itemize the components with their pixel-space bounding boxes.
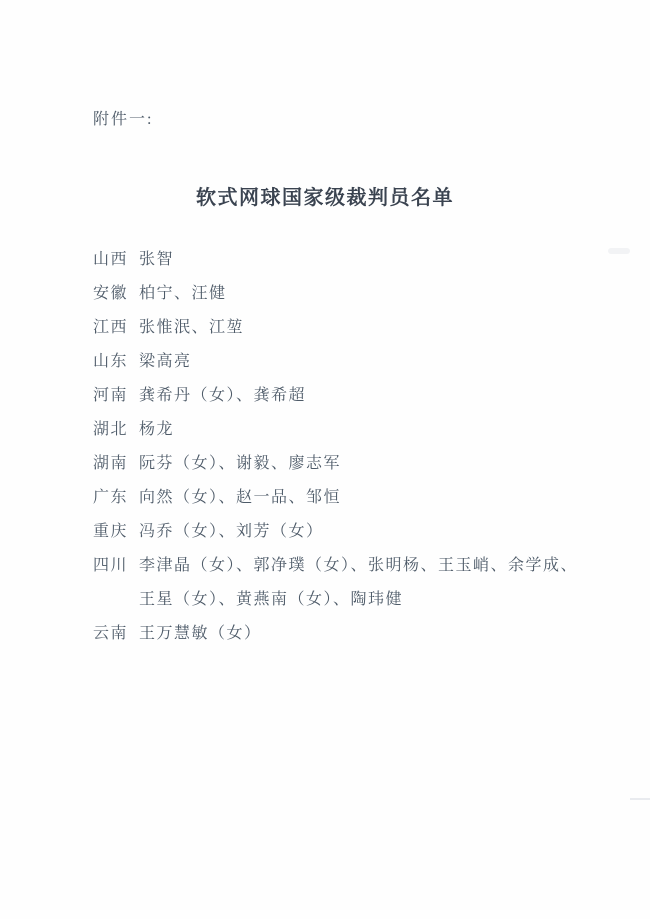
roster-row-guangdong: 广东 向然（女）、赵一品、邹恒	[93, 488, 620, 508]
roster-row-anhui: 安徽 柏宁、汪健	[93, 284, 620, 304]
roster-row-sichuan: 四川 李津晶（女）、郭净璞（女）、张明杨、王玉峭、余学成、 王星（女）、黄燕南（…	[93, 556, 620, 610]
scan-line-artifact	[630, 798, 650, 800]
attachment-label: 附件一:	[93, 110, 153, 130]
referee-roster-list: 山西 张智 安徽 柏宁、汪健 江西 张惟泯、江堃 山东 梁高亮 河南 龚希丹（女…	[93, 250, 620, 658]
roster-row-hunan: 湖南 阮芬（女）、谢毅、廖志军	[93, 454, 620, 474]
province-label: 湖南	[93, 454, 128, 474]
referee-names-continued: 王星（女）、黄燕南（女）、陶玮健	[139, 590, 578, 610]
referee-names: 柏宁、汪健	[139, 284, 227, 304]
province-label: 重庆	[93, 522, 128, 542]
referee-names: 张智	[139, 250, 174, 270]
referee-names: 阮芬（女）、谢毅、廖志军	[139, 454, 341, 474]
province-label: 山东	[93, 352, 128, 372]
referee-names: 王万慧敏（女）	[139, 624, 262, 644]
province-label: 江西	[93, 318, 128, 338]
province-label: 四川	[93, 556, 128, 576]
province-label: 湖北	[93, 420, 128, 440]
referee-names: 冯乔（女）、刘芳（女）	[139, 522, 324, 542]
province-label: 河南	[93, 386, 128, 406]
referee-names: 向然（女）、赵一品、邹恒	[139, 488, 341, 508]
roster-row-jiangxi: 江西 张惟泯、江堃	[93, 318, 620, 338]
roster-row-shandong: 山东 梁高亮	[93, 352, 620, 372]
scanned-document-page: 附件一: 软式网球国家级裁判员名单 山西 张智 安徽 柏宁、汪健 江西 张惟泯、…	[0, 0, 650, 919]
roster-row-yunnan: 云南 王万慧敏（女）	[93, 624, 620, 644]
roster-row-chongqing: 重庆 冯乔（女）、刘芳（女）	[93, 522, 620, 542]
province-label: 广东	[93, 488, 128, 508]
province-label: 安徽	[93, 284, 128, 304]
province-label: 山西	[93, 250, 128, 270]
roster-row-shanxi: 山西 张智	[93, 250, 620, 270]
roster-row-hubei: 湖北 杨龙	[93, 420, 620, 440]
referee-names: 梁高亮	[139, 352, 192, 372]
referee-names: 李津晶（女）、郭净璞（女）、张明杨、王玉峭、余学成、	[139, 556, 578, 576]
referee-names: 杨龙	[139, 420, 174, 440]
document-title: 软式网球国家级裁判员名单	[0, 186, 650, 210]
scan-smudge-artifact	[608, 248, 630, 254]
referee-names: 龚希丹（女）、龚希超	[139, 386, 306, 406]
referee-names: 张惟泯、江堃	[139, 318, 244, 338]
province-label: 云南	[93, 624, 128, 644]
roster-row-henan: 河南 龚希丹（女）、龚希超	[93, 386, 620, 406]
